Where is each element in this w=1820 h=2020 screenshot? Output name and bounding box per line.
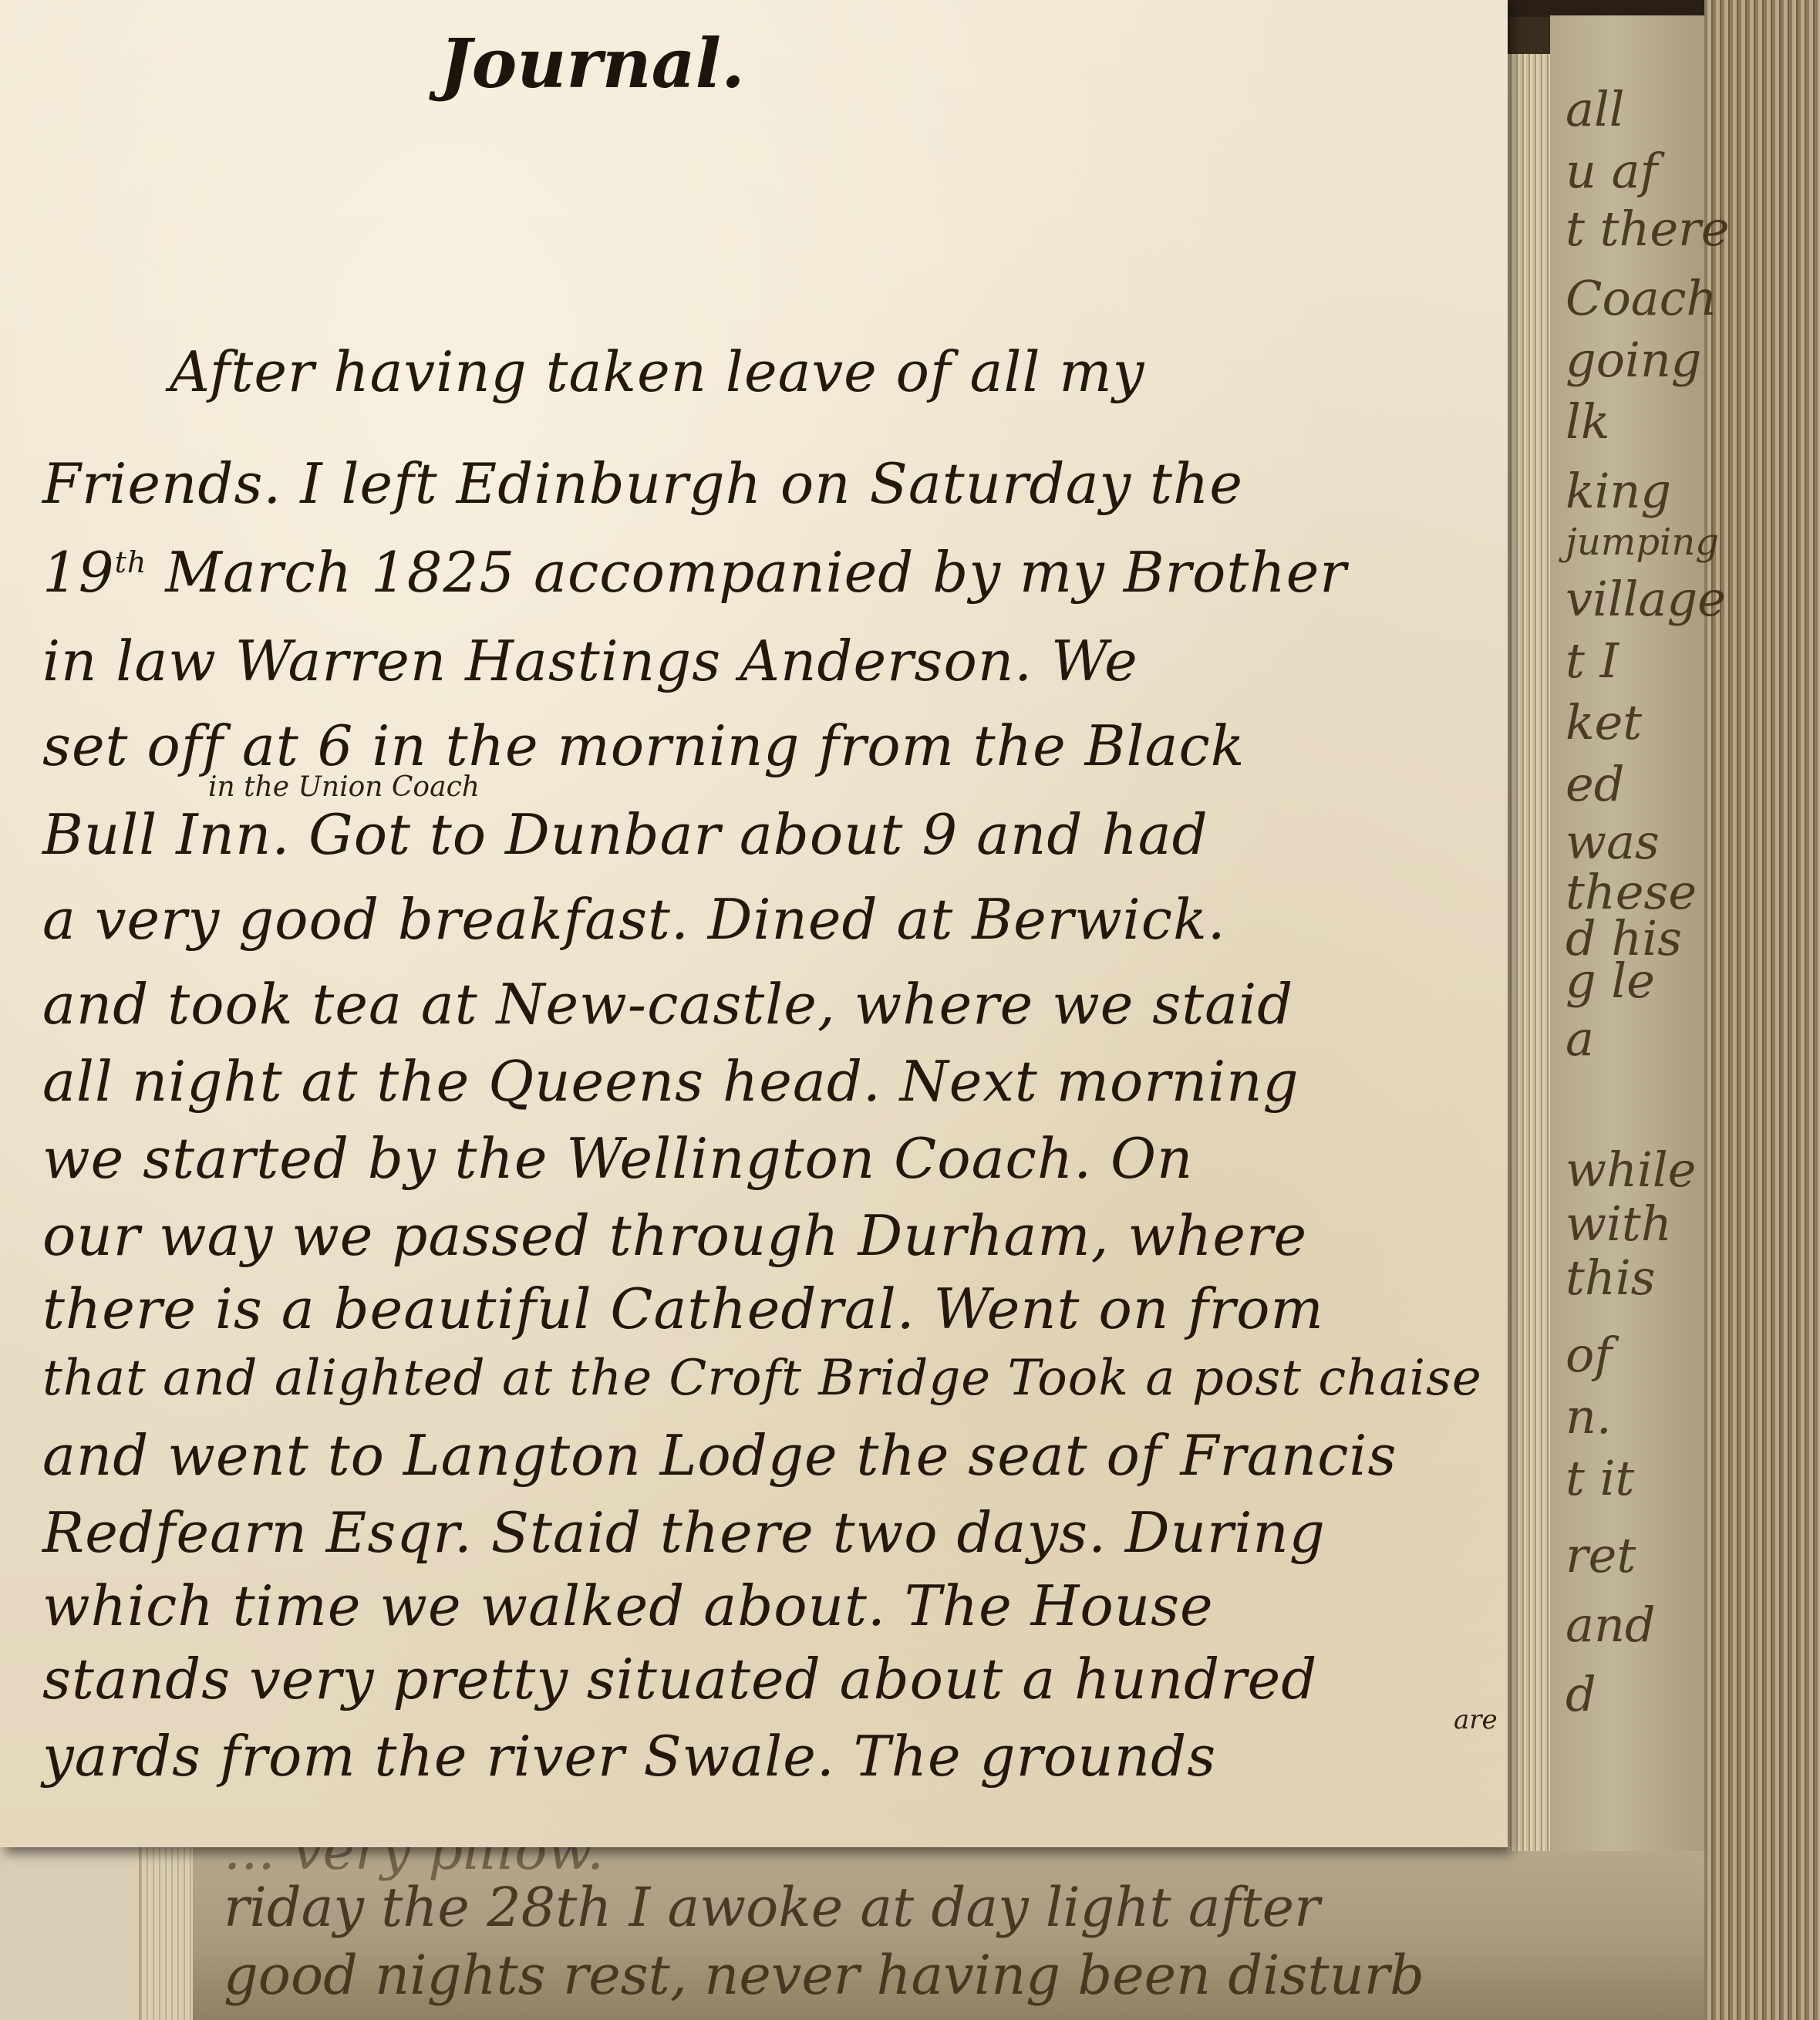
fragment: while — [1566, 1142, 1696, 1198]
text-line: in law Warren Hastings Anderson. We — [42, 629, 1138, 693]
text-line: and went to Langton Lodge the seat of Fr… — [42, 1423, 1397, 1488]
fragment: jumping — [1566, 521, 1719, 564]
interlinear-insertion: in the Union Coach — [208, 771, 480, 803]
fragment: d — [1566, 1666, 1596, 1722]
fragment: village — [1566, 571, 1726, 627]
fragment: with — [1566, 1195, 1672, 1252]
page-edge-stack — [1508, 54, 1550, 1851]
fragment: t it — [1566, 1450, 1634, 1506]
text-line: set off at 6 in the morning from the Bla… — [42, 713, 1245, 778]
left-flyleaf — [0, 1843, 141, 2020]
text-line: a very good breakfast. Dined at Berwick. — [42, 887, 1226, 952]
fragment: going — [1566, 332, 1701, 388]
fragment: t there — [1566, 201, 1730, 257]
fragment: Coach — [1566, 270, 1717, 326]
fragment: all — [1566, 81, 1625, 137]
text-line: Friends. I left Edinburgh on Saturday th… — [42, 451, 1243, 516]
margin-insertion: are — [1454, 1705, 1498, 1735]
date-suffix: th — [115, 545, 147, 579]
date-line-text: March 1825 accompanied by my Brother — [165, 540, 1346, 605]
text-line: and took tea at New-castle, where we sta… — [42, 972, 1293, 1037]
underlying-page-right-strip: all u af t there Coach going lk king jum… — [1550, 15, 1704, 1851]
book-fore-edge — [1704, 0, 1820, 2020]
fragment: ret — [1566, 1527, 1636, 1583]
text-line: all night at the Queens head. Next morni… — [42, 1049, 1299, 1114]
text-line: stands very pretty situated about a hund… — [42, 1647, 1317, 1711]
text-line: After having taken leave of all my — [170, 339, 1144, 404]
text-line: our way we passed through Durham, where — [42, 1203, 1307, 1268]
underlying-line: riday the 28th I awoke at day light afte… — [224, 1876, 1320, 1939]
text-line-with-date: 19th March 1825 accompanied by my Brothe… — [42, 540, 1347, 605]
text-line: which time we walked about. The House — [42, 1573, 1214, 1638]
underlying-line: good nights rest, never having been dist… — [224, 1944, 1424, 2007]
fragment: lk — [1566, 393, 1609, 450]
fragment: n. — [1566, 1388, 1612, 1445]
fragment: ket — [1566, 694, 1642, 750]
text-line: that and alighted at the Croft Bridge To… — [42, 1350, 1482, 1407]
fragment: a — [1566, 1010, 1594, 1067]
fragment: ed — [1566, 756, 1624, 812]
date-day: 19 — [42, 540, 115, 605]
fragment: g le — [1566, 953, 1655, 1009]
text-line: Bull Inn. Got to Dunbar about 9 and had — [42, 802, 1208, 867]
underlying-page-bottom: ... very pillow. riday the 28th I awoke … — [193, 1828, 1735, 2020]
fragment: of — [1566, 1327, 1612, 1383]
fragment: u af — [1566, 143, 1658, 199]
text-line: we started by the Wellington Coach. On — [42, 1126, 1193, 1191]
text-line: Redfearn Esqr. Staid there two days. Dur… — [42, 1500, 1326, 1565]
page-title: Journal. — [440, 23, 745, 103]
text-line: yards from the river Swale. The grounds — [42, 1724, 1216, 1789]
fragment: t I — [1566, 632, 1619, 689]
fragment: was — [1566, 814, 1660, 870]
journal-page: Journal. After having taken leave of all… — [0, 0, 1508, 1847]
fragment: king — [1566, 463, 1671, 519]
fragment: and — [1566, 1597, 1656, 1653]
text-line: there is a beautiful Cathedral. Went on … — [42, 1276, 1324, 1341]
fragment: this — [1566, 1249, 1656, 1306]
